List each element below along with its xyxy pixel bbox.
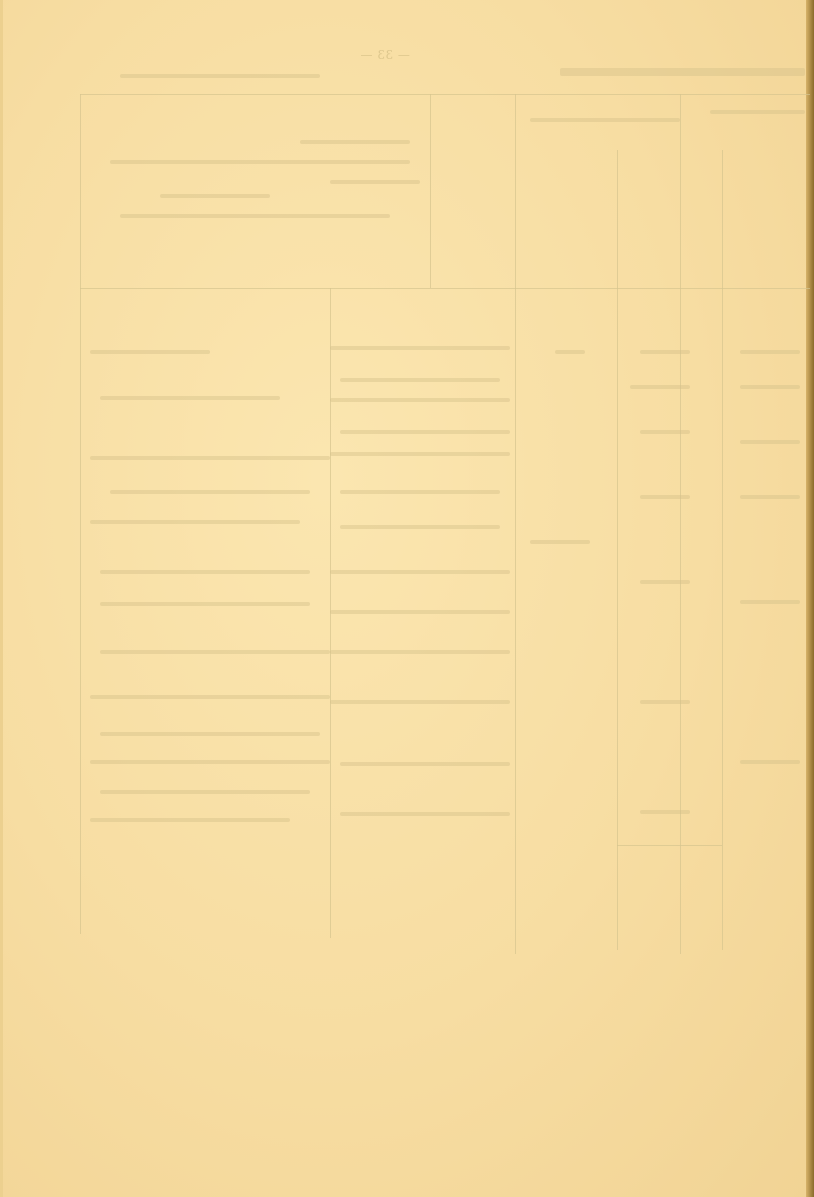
table-col-rule-5 — [680, 94, 681, 954]
bleed-through-number — [530, 540, 590, 544]
bleed-through-text — [90, 520, 300, 524]
bleed-through-text — [530, 118, 680, 122]
table-left-rule — [80, 94, 81, 934]
bleed-through-text — [330, 570, 510, 574]
table-col-rule-4 — [617, 150, 618, 950]
bleed-through-number — [630, 385, 690, 389]
bleed-through-number — [640, 580, 690, 584]
bleed-through-text — [100, 396, 280, 400]
bleed-through-text — [300, 140, 410, 144]
bleed-through-title — [560, 68, 805, 76]
bleed-through-text — [710, 110, 805, 114]
table-col-rule-3 — [515, 94, 516, 954]
bleed-through-header-line — [120, 74, 320, 78]
bleed-through-number — [640, 430, 690, 434]
bleed-through-text — [330, 700, 510, 704]
scanned-page: — 33 — — [0, 0, 814, 1197]
bleed-through-text — [120, 214, 390, 218]
bleed-through-text — [340, 490, 500, 494]
bleed-through-text — [110, 160, 410, 164]
bleed-through-number — [740, 760, 800, 764]
bleed-through-text — [330, 180, 420, 184]
bleed-through-number — [740, 495, 800, 499]
bleed-through-text — [330, 650, 510, 654]
bleed-through-text — [340, 525, 500, 529]
bleed-through-number — [740, 600, 800, 604]
bleed-through-text — [330, 398, 510, 402]
bleed-through-text — [100, 570, 310, 574]
bleed-through-text — [100, 602, 310, 606]
bleed-through-number — [640, 350, 690, 354]
bleed-through-text — [330, 610, 510, 614]
bleed-through-text — [340, 430, 510, 434]
bleed-through-text — [330, 452, 510, 456]
bleed-through-text — [340, 812, 510, 816]
bleed-through-text — [340, 378, 500, 382]
bleed-through-text — [90, 456, 330, 460]
bleed-through-text — [100, 790, 310, 794]
bleed-through-number — [740, 440, 800, 444]
bleed-through-page-number: — 33 — — [360, 48, 410, 62]
page-binding-edge — [806, 0, 814, 1197]
bleed-through-number — [640, 810, 690, 814]
bleed-through-text — [100, 650, 330, 654]
bleed-through-number — [640, 495, 690, 499]
bleed-through-text — [90, 695, 330, 699]
bleed-through-text — [160, 194, 270, 198]
table-col-rule-6 — [722, 150, 723, 950]
table-top-rule — [80, 94, 810, 95]
bleed-through-number — [555, 350, 585, 354]
table-header-bottom-rule — [80, 288, 810, 289]
bleed-through-text — [110, 490, 310, 494]
bleed-through-text — [330, 346, 510, 350]
table-col-rule-2 — [430, 94, 431, 288]
table-sub-rule — [617, 845, 722, 846]
bleed-through-number — [640, 700, 690, 704]
bleed-through-text — [90, 350, 210, 354]
page-left-edge — [0, 0, 3, 1197]
bleed-through-text — [90, 818, 290, 822]
bleed-through-number — [740, 350, 800, 354]
bleed-through-number — [740, 385, 800, 389]
bleed-through-text — [90, 760, 330, 764]
bleed-through-text — [340, 762, 510, 766]
bleed-through-text — [100, 732, 320, 736]
